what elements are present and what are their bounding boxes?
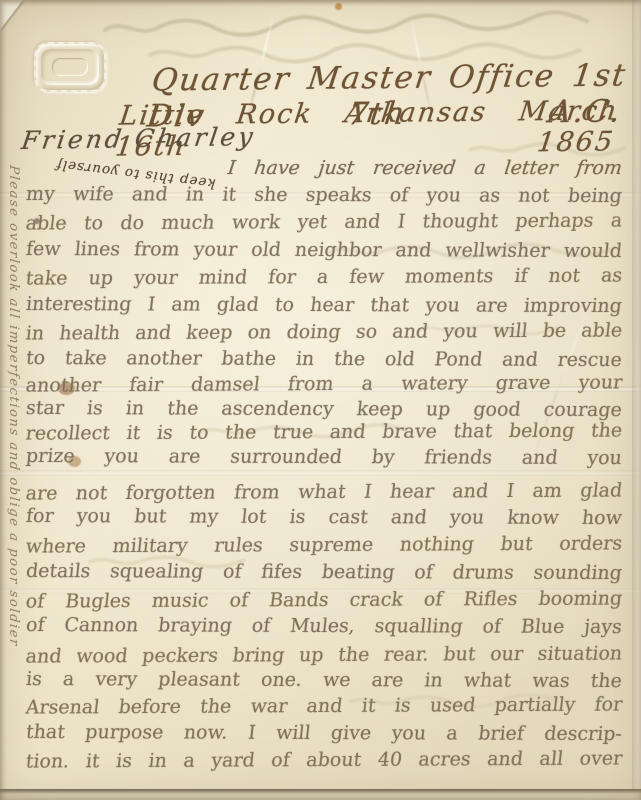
margin-note-vertical: Please overlook all imperfections and ob…	[6, 164, 21, 648]
paper-bottom-edge	[0, 789, 641, 800]
body-line: prize you are surrounded by friends and …	[25, 444, 623, 471]
embossed-seal-icon	[34, 42, 106, 92]
body-line: is a very pleasant one. we are in what w…	[25, 667, 623, 694]
body-line: and wood peckers bring up the rear. but …	[24, 641, 623, 669]
body-line: to take another bathe in the old Pond an…	[25, 346, 623, 373]
body-line: recollect it is to the true and brave th…	[24, 418, 623, 446]
body-line: few lines from your old neighbor and wel…	[25, 237, 623, 264]
fold-crease	[0, 470, 641, 476]
body-line: my wife and in it she speaks of you as n…	[25, 182, 623, 209]
body-line: Arsenal before the war and it is used pa…	[24, 692, 623, 720]
body-line: another fair damsel from a watery grave …	[24, 370, 623, 398]
body-line: are not forgotten from what I hear and I…	[24, 478, 623, 506]
body-line: for you but my lot is cast and you know …	[25, 504, 623, 531]
body-line: interesting I am glad to hear that you a…	[25, 292, 623, 319]
body-line: of Bugles music of Bands crack of Rifles…	[24, 586, 623, 614]
body-line: where military rules supreme nothing but…	[24, 531, 623, 559]
body-line: of Cannon braying of Mules, squalling of…	[25, 613, 623, 640]
paper-right-edge	[632, 0, 641, 800]
body-line: details squealing of fifes beating of dr…	[25, 559, 623, 586]
body-line: take up your mind for a few moments if n…	[24, 263, 623, 291]
embossed-seal-monogram	[52, 58, 88, 76]
stain-spot	[335, 3, 342, 10]
body-line: tion. it is in a yard of about 40 acres …	[24, 746, 623, 774]
body-line: in health and keep on doing so and you w…	[24, 318, 623, 346]
opening-line: I have just received a letter from	[227, 157, 624, 179]
salutation: Friend Charley	[20, 122, 258, 155]
letter-scan: Quarter Master Office 1st Div 7th A.C. L…	[0, 0, 641, 800]
body-line: able to do much work yet and I thought p…	[24, 208, 623, 236]
body-line: that purpose now. I will give you a brie…	[25, 720, 623, 747]
page-curl	[0, 0, 23, 30]
